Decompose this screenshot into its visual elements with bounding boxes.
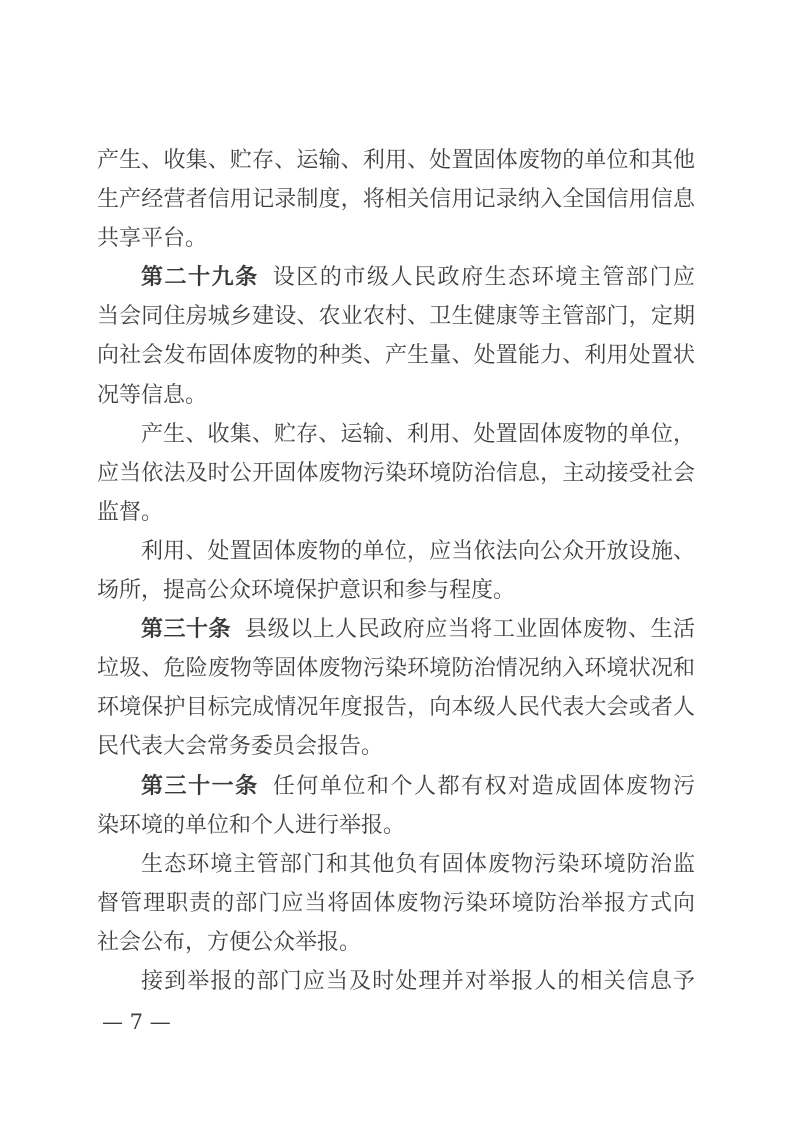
text-segment: 生产经营者信用记录制度，将相关信用记录纳入全国信用信息 (97, 186, 695, 211)
text-line: 督管理职责的部门应当将固体废物污染环境防治举报方式向 (97, 883, 695, 922)
text-line: 第三十一条任何单位和个人都有权对造成固体废物污 (97, 766, 695, 805)
text-line: 场所，提高公众环境保护意识和参与程度。 (97, 570, 695, 609)
article-number: 第三十条 (141, 616, 231, 641)
text-line: 民代表大会常务委员会报告。 (97, 726, 695, 765)
text-segment: 接到举报的部门应当及时处理并对举报人的相关信息予 (141, 968, 695, 993)
paragraph: 产生、收集、贮存、运输、利用、处置固体废物的单位和其他生产经营者信用记录制度，将… (97, 140, 695, 257)
text-line: 垃圾、危险废物等固体废物污染环境防治情况纳入环境状况和 (97, 648, 695, 687)
text-line: 社会公布，方便公众举报。 (97, 922, 695, 961)
text-segment: 县级以上人民政府应当将工业固体废物、生活 (245, 616, 695, 641)
paragraph: 第二十九条设区的市级人民政府生态环境主管部门应当会同住房城乡建设、农业农村、卫生… (97, 257, 695, 413)
text-segment: 场所，提高公众环境保护意识和参与程度。 (97, 577, 515, 602)
text-segment: 设区的市级人民政府生态环境主管部门应 (273, 264, 695, 289)
paragraph: 生态环境主管部门和其他负有固体废物污染环境防治监督管理职责的部门应当将固体废物污… (97, 844, 695, 961)
text-line: 利用、处置固体废物的单位，应当依法向公众开放设施、 (97, 531, 695, 570)
text-segment: 利用、处置固体废物的单位，应当依法向公众开放设施、 (141, 538, 695, 563)
text-segment: 社会公布，方便公众举报。 (97, 929, 361, 954)
text-segment: 民代表大会常务委员会报告。 (97, 733, 383, 758)
text-segment: 向社会发布固体废物的种类、产生量、处置能力、利用处置状 (97, 342, 695, 367)
text-line: 共享平台。 (97, 218, 695, 257)
text-line: 产生、收集、贮存、运输、利用、处置固体废物的单位和其他 (97, 140, 695, 179)
paragraph: 利用、处置固体废物的单位，应当依法向公众开放设施、场所，提高公众环境保护意识和参… (97, 531, 695, 609)
paragraph: 接到举报的部门应当及时处理并对举报人的相关信息予 (97, 961, 695, 1000)
text-line: 生产经营者信用记录制度，将相关信用记录纳入全国信用信息 (97, 179, 695, 218)
text-line: 染环境的单位和个人进行举报。 (97, 805, 695, 844)
text-line: 第三十条县级以上人民政府应当将工业固体废物、生活 (97, 609, 695, 648)
page-number: — 7 — (102, 1008, 171, 1036)
text-segment: 垃圾、危险废物等固体废物污染环境防治情况纳入环境状况和 (97, 655, 695, 680)
article-number: 第二十九条 (141, 264, 259, 289)
article-number: 第三十一条 (141, 773, 259, 798)
text-line: 向社会发布固体废物的种类、产生量、处置能力、利用处置状 (97, 335, 695, 374)
document-page: 产生、收集、贮存、运输、利用、处置固体废物的单位和其他生产经营者信用记录制度，将… (0, 0, 793, 1122)
text-segment: 任何单位和个人都有权对造成固体废物污 (273, 773, 695, 798)
text-segment: 当会同住房城乡建设、农业农村、卫生健康等主管部门，定期 (97, 303, 695, 328)
text-line: 生态环境主管部门和其他负有固体废物污染环境防治监 (97, 844, 695, 883)
text-line: 环境保护目标完成情况年度报告，向本级人民代表大会或者人 (97, 687, 695, 726)
text-line: 况等信息。 (97, 375, 695, 414)
paragraph: 第三十条县级以上人民政府应当将工业固体废物、生活垃圾、危险废物等固体废物污染环境… (97, 609, 695, 765)
text-line: 当会同住房城乡建设、农业农村、卫生健康等主管部门，定期 (97, 296, 695, 335)
text-segment: 应当依法及时公开固体废物污染环境防治信息，主动接受社会 (97, 460, 695, 485)
paragraph: 第三十一条任何单位和个人都有权对造成固体废物污染环境的单位和个人进行举报。 (97, 766, 695, 844)
text-line: 接到举报的部门应当及时处理并对举报人的相关信息予 (97, 961, 695, 1000)
text-segment: 环境保护目标完成情况年度报告，向本级人民代表大会或者人 (97, 694, 695, 719)
text-segment: 督管理职责的部门应当将固体废物污染环境防治举报方式向 (97, 890, 695, 915)
text-segment: 共享平台。 (97, 225, 207, 250)
text-line: 应当依法及时公开固体废物污染环境防治信息，主动接受社会 (97, 453, 695, 492)
text-segment: 生态环境主管部门和其他负有固体废物污染环境防治监 (141, 851, 695, 876)
text-block: 产生、收集、贮存、运输、利用、处置固体废物的单位和其他生产经营者信用记录制度，将… (97, 140, 695, 1000)
text-line: 监督。 (97, 492, 695, 531)
text-segment: 染环境的单位和个人进行举报。 (97, 812, 405, 837)
text-segment: 监督。 (97, 499, 163, 524)
text-segment: 产生、收集、贮存、运输、利用、处置固体废物的单位， (141, 421, 695, 446)
text-line: 第二十九条设区的市级人民政府生态环境主管部门应 (97, 257, 695, 296)
text-segment: 产生、收集、贮存、运输、利用、处置固体废物的单位和其他 (97, 147, 695, 172)
paragraph: 产生、收集、贮存、运输、利用、处置固体废物的单位，应当依法及时公开固体废物污染环… (97, 414, 695, 531)
text-segment: 况等信息。 (97, 382, 207, 407)
text-line: 产生、收集、贮存、运输、利用、处置固体废物的单位， (97, 414, 695, 453)
